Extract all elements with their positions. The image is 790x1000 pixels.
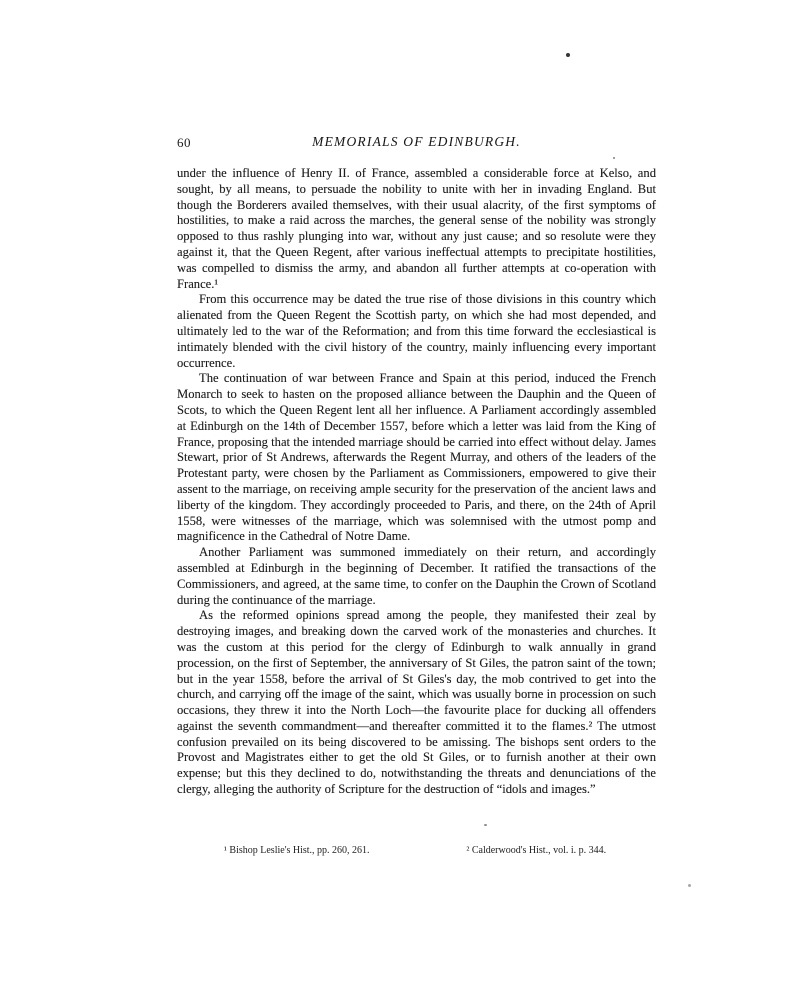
book-page: 60 MEMORIALS OF EDINBURGH. under the inf… [0,0,790,1000]
paragraph: From this occurrence may be dated the tr… [177,292,656,371]
scan-speck [566,53,570,57]
paragraph: Another Parliament was summoned immediat… [177,545,656,608]
page-number: 60 [177,135,191,151]
footnote-1: ¹ Bishop Leslie's Hist., pp. 260, 261. [177,845,417,856]
text-column: 60 MEMORIALS OF EDINBURGH. under the inf… [177,134,656,798]
scan-speck [290,557,292,559]
scan-speck [613,157,615,159]
paragraph-continuation: under the influence of Henry II. of Fran… [177,166,656,292]
scan-speck [688,884,691,887]
body-text-block: under the influence of Henry II. of Fran… [177,166,656,798]
footnotes: ¹ Bishop Leslie's Hist., pp. 260, 261. ²… [177,845,656,856]
footnote-2: ² Calderwood's Hist., vol. i. p. 344. [417,845,657,856]
scan-speck [484,824,487,826]
paragraph: As the reformed opinions spread among th… [177,608,656,798]
paragraph: The continuation of war between France a… [177,371,656,545]
running-title: MEMORIALS OF EDINBURGH. [177,134,656,150]
page-header: 60 MEMORIALS OF EDINBURGH. [177,134,656,150]
